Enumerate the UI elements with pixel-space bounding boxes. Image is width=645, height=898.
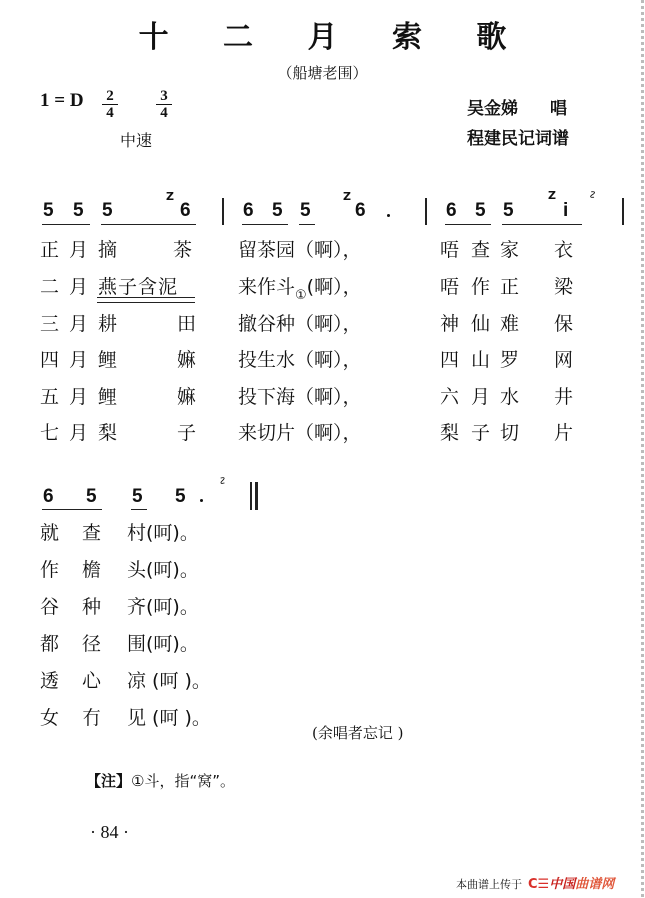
lyric: 都 [40,629,59,656]
lyric: 查 [82,518,101,545]
grace-note-mark: Z [343,190,351,203]
footnote-text: ①斗，指“窝”。 [131,772,235,790]
time-signature-3-4: 3 4 [156,88,172,121]
note: 6 [446,200,457,222]
note: 5 [475,200,486,222]
song-subtitle: （船塘老围） [0,62,645,83]
footnote-marker: ① [295,288,307,303]
lyric: 头(呵)。 [127,555,199,582]
lyric: 山 [471,345,490,372]
lyric: 谷 [40,592,59,619]
lyric: 摘 [98,235,117,262]
site-logo-icon: C☰ [528,877,549,892]
note: 5 [86,486,97,508]
note: 5 [175,486,186,508]
grace-note-mark: Z [166,190,174,203]
lyric: 嫲 [177,345,196,372]
singer-credit: 吴金娣唱 [467,94,567,119]
attribution-note: (余唱者忘记 ) [312,722,403,743]
beam [42,509,102,510]
lyric: 月 [69,272,88,299]
augmentation-dot [387,214,390,217]
lyric: 四 [40,345,59,372]
lyric: 月 [69,235,88,262]
lyric: 月 [69,309,88,336]
note: 6 [243,200,254,222]
lyric: 冇 [82,703,101,730]
lyric: 正 [500,272,519,299]
song-title: 十 二 月 索 歌 [0,12,645,56]
lyric: 梨 [98,418,117,445]
lyric: 就 [40,518,59,545]
note: 5 [73,200,84,222]
bar-line [425,198,427,225]
page-number: · 84 · [90,822,129,843]
lyric: 井 [554,382,573,409]
lyric: 留茶园（啊）， [238,235,362,262]
melisma-underline [97,297,195,303]
note: 5 [272,200,283,222]
time-signature-2-4: 2 4 [102,88,118,121]
lyric: 种 [82,592,101,619]
lyric: 投下海（啊）， [238,382,362,409]
lyric: 月 [69,345,88,372]
lyric: 田 [177,309,196,336]
lyric: 鲤 [98,382,117,409]
lyric: 女 [40,703,59,730]
lyric: 子 [177,418,196,445]
beam [502,224,582,225]
beam [299,224,315,225]
augmentation-dot [200,499,203,502]
beam [445,224,491,225]
note: 5 [503,200,514,222]
note: 6 [355,200,366,222]
singer-role: 唱 [550,99,567,119]
lyric: 四 [440,345,459,372]
lyric: 心 [82,666,101,693]
site-name-part2: 曲谱网 [575,877,614,892]
lyric: 保 [554,309,573,336]
lyric: 衣 [554,235,573,262]
note: 5 [43,200,54,222]
glissando-mark: ∿ [585,188,600,201]
lyric: 耕 [98,309,117,336]
footnote-label: 注 [101,772,116,790]
lyric: 正 [40,235,59,262]
lyric: 查 [471,235,490,262]
lyric: 茶 [173,235,192,262]
lyric: 月 [471,382,490,409]
lyric: 切 [500,418,519,445]
lyric: 二 [40,272,59,299]
lyric: 月 [69,418,88,445]
lyric: 梁 [554,272,573,299]
tempo-marking: 中速 [120,128,152,151]
lyric: 嫲 [177,382,196,409]
lyric: 六 [440,382,459,409]
lyric: 见 (呵 )。 [127,703,211,730]
footnote: 【注】①斗，指“窝”。 [86,770,235,791]
transcriber-credit: 程建民记词谱 [467,124,569,149]
lyric: 网 [554,345,573,372]
lyric: 子 [471,418,490,445]
lyric: 仙 [471,309,490,336]
lyric: 七 [40,418,59,445]
scan-edge [641,0,644,898]
lyric: 唔 [440,235,459,262]
lyric: 罗 [500,345,519,372]
lyric: 径 [82,629,101,656]
lyric: 三 [40,309,59,336]
lyric: 围(呵)。 [127,629,199,656]
lyric: 凉 (呵 )。 [127,666,211,693]
lyric: 来切片（啊）， [238,418,362,445]
lyric: 水 [500,382,519,409]
lyric: 齐(呵)。 [127,592,199,619]
bar-line [622,198,624,225]
key-signature: 1 = D [40,90,84,112]
lyric: 五 [40,382,59,409]
lyric: 村(呵)。 [127,518,199,545]
note: 6 [43,486,54,508]
note: 5 [300,200,311,222]
lyric: 投生水（啊）， [238,345,362,372]
lyric: 透 [40,666,59,693]
upload-text: 本曲谱上传于 [456,878,522,891]
upload-credit: 本曲谱上传于C☰中国曲谱网 [456,873,614,892]
beam [131,509,147,510]
lyric: 作 [40,555,59,582]
beam [242,224,288,225]
final-bar-line-thick [255,482,258,510]
lyric: 檐 [82,555,101,582]
note: 5 [102,200,113,222]
note-high: i [563,200,568,222]
lyric: 唔 [440,272,459,299]
lyric: 撤谷种（啊）， [238,309,362,336]
lyric: 来作斗①(啊）， [238,272,362,299]
note: 6 [180,200,191,222]
lyric: 月 [69,382,88,409]
lyric: 家 [500,235,519,262]
lyric: 难 [500,309,519,336]
glissando-mark: ∿ [215,473,231,487]
site-name-part1: 中国 [549,877,575,892]
note: 5 [132,486,143,508]
lyric: 作 [471,272,490,299]
lyric: 片 [554,418,573,445]
lyric: 鲤 [98,345,117,372]
singer-name: 吴金娣 [467,99,518,119]
lyric-melisma: 燕子含泥 [98,272,178,299]
bar-line [222,198,224,225]
grace-note-mark: Z [548,189,556,202]
lyric: 梨 [440,418,459,445]
final-bar-line-thin [250,482,252,510]
lyric: 神 [440,309,459,336]
beam [101,224,196,225]
beam [42,224,90,225]
